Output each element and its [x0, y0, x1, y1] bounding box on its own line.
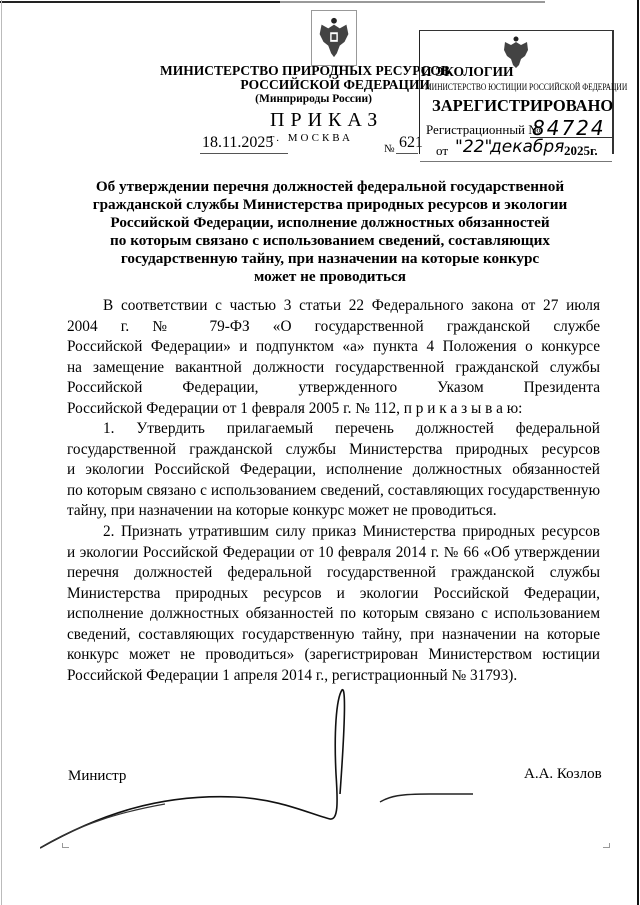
text-line: Министерства природных ресурсов и эколог…	[67, 584, 600, 605]
stamp-bottom-line	[420, 161, 612, 162]
date-underline	[200, 153, 288, 154]
text-line: исполнение должностных обязанностей по к…	[67, 604, 600, 625]
text-line: перечня должностей федеральной государст…	[67, 563, 600, 584]
number-underline	[396, 153, 418, 154]
text-line: государственной гражданской службы Минис…	[67, 440, 600, 461]
text-line: конкурс может не проводиться» (зарегистр…	[67, 645, 600, 666]
scan-border-right	[637, 0, 639, 905]
scan-border-top-faded	[280, 1, 545, 3]
document-title: Об утверждении перечня должностей федера…	[70, 178, 590, 286]
title-line: по которым связано с использованием свед…	[70, 232, 590, 250]
text-line: сведений, составляющих государственную т…	[67, 625, 600, 646]
title-line: Об утверждении перечня должностей федера…	[70, 178, 590, 196]
title-line: гражданской службы Министерства природны…	[70, 196, 590, 214]
registration-year: 2025г.	[564, 143, 598, 159]
text-line: Российской Федерации от 1 февраля 2005 г…	[67, 399, 600, 420]
ministry-name-line1: МИНИСТЕРСТВО ПРИРОДНЫХ РЕСУРСОВ	[160, 64, 430, 78]
registration-month: декабря	[490, 137, 564, 157]
order-date: 18.11.2025	[202, 134, 273, 152]
text-line: Российской Федерации, утвержденного Указ…	[67, 378, 600, 399]
document-type: ПРИКАЗ	[270, 109, 383, 132]
text-line: 2004 г. № 79-ФЗ «О государственной гражд…	[67, 317, 600, 338]
ministry-name-line2: РОССИЙСКОЙ ФЕДЕРАЦИИ	[160, 78, 430, 92]
title-line: государственную тайну, при назначении на…	[70, 250, 590, 268]
stamp-status: ЗАРЕГИСТРИРОВАНО	[432, 96, 613, 116]
scan-corner-mark	[62, 843, 69, 848]
registration-number-label: Регистрационный №	[426, 122, 541, 138]
registration-day: "22"	[455, 137, 492, 157]
scan-border-left	[1, 0, 2, 905]
preamble-paragraph: В соответствии с частью 3 статьи 22 Феде…	[67, 296, 600, 419]
item-2-paragraph: 2. Признать утратившим силу приказ Минис…	[67, 522, 600, 686]
text-line: на замещение вакантной должности государ…	[67, 358, 600, 379]
number-label: №	[384, 143, 395, 155]
ministry-short-name: (Минприроды России)	[160, 92, 430, 106]
text-line: Российской Федерации 1 апреля 2014 г., р…	[67, 666, 600, 687]
text-line: 1. Утвердить прилагаемый перечень должно…	[67, 419, 600, 440]
text-line: Российской Федерации» и подпунктом «а» п…	[67, 337, 600, 358]
text-line: и экологии Российской Федерации, исполне…	[67, 460, 600, 481]
city: г. МОСКВА	[270, 132, 353, 144]
state-emblem-icon	[311, 10, 357, 66]
title-line: может не проводиться	[70, 268, 590, 286]
ministry-name-tail: И ЭКОЛОГИИ	[421, 64, 513, 80]
ministry-header: МИНИСТЕРСТВО ПРИРОДНЫХ РЕСУРСОВ РОССИЙСК…	[160, 64, 430, 106]
text-line: 2. Признать утратившим силу приказ Минис…	[67, 522, 600, 543]
item-1-paragraph: 1. Утвердить прилагаемый перечень должно…	[67, 419, 600, 522]
text-line: по которым связано с использованием свед…	[67, 481, 600, 502]
stamp-authority: МИНИСТЕРСТВО ЮСТИЦИИ РОССИЙСКОЙ ФЕДЕРАЦИ…	[425, 81, 627, 93]
registration-date-label: от	[436, 143, 448, 159]
text-line: и экологии Российской Федерации от 10 фе…	[67, 543, 600, 564]
title-line: Российской Федерации, исполнение должнос…	[70, 214, 590, 232]
scan-corner-mark	[603, 843, 610, 848]
signatory-title: Министр	[68, 768, 126, 785]
text-line: тайну, при назначении на которые конкурс…	[67, 501, 600, 522]
text-line: В соответствии с частью 3 статьи 22 Феде…	[67, 296, 600, 317]
signatory-name: А.А. Козлов	[524, 766, 602, 783]
